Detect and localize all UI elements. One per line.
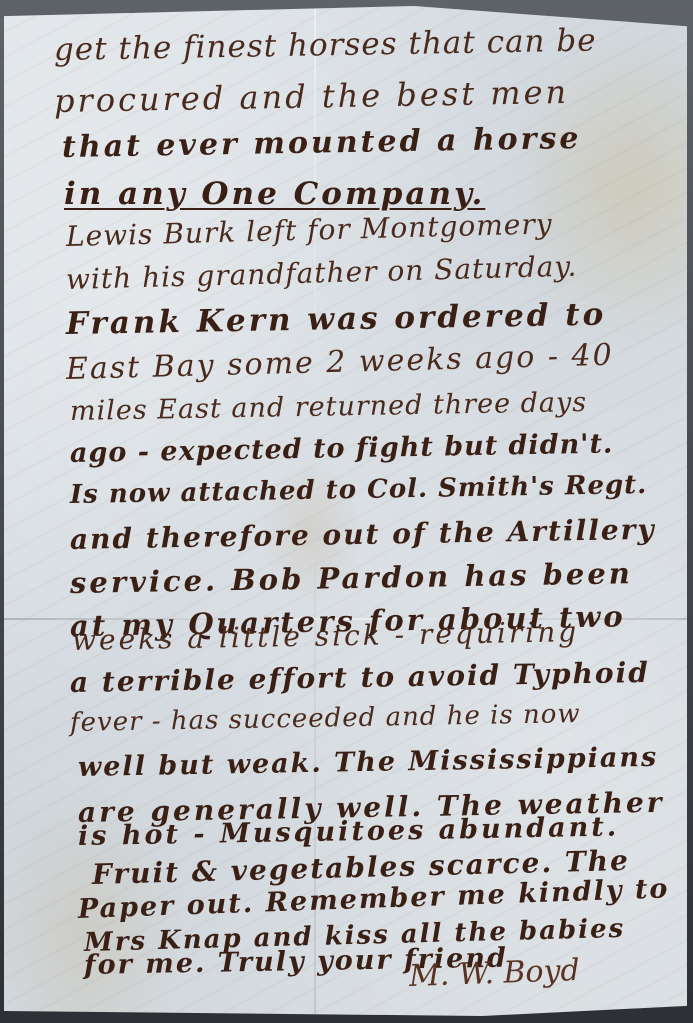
letter-line: Frank Kern was ordered to [66, 297, 607, 342]
letter-line: East Bay some 2 weeks ago - 40 [66, 338, 615, 387]
letter-line: well but weak. The Mississippians [78, 742, 659, 783]
letter-line: and therefore out of the Artillery [70, 513, 656, 556]
letter-line: fever - has succeeded and he is now [70, 699, 581, 738]
letter-line: ago - expected to fight but didn't. [70, 429, 614, 469]
letter-line: that ever mounted a horse [62, 121, 582, 165]
letter-line: with his grandfather on Saturday. [66, 250, 578, 296]
letter-line: service. Bob Pardon has been [70, 556, 633, 600]
letter-line: procured and the best men [54, 73, 570, 120]
letter-page: get the finest horses that can be procur… [4, 6, 687, 1016]
letter-line: Lewis Burk left for Montgomery [66, 207, 553, 253]
letter-line: get the finest horses that can be [54, 23, 597, 68]
letter-line: Is now attached to Col. Smith's Regt. [70, 470, 648, 510]
letter-line-underlined: in any One Company. [64, 176, 485, 212]
signature: M. W. Boyd [408, 953, 580, 994]
letter-line: a terrible effort to avoid Typhoid [70, 656, 650, 699]
letter-body: get the finest horses that can be procur… [4, 6, 687, 1016]
letter-line: miles East and returned three days [70, 387, 588, 427]
